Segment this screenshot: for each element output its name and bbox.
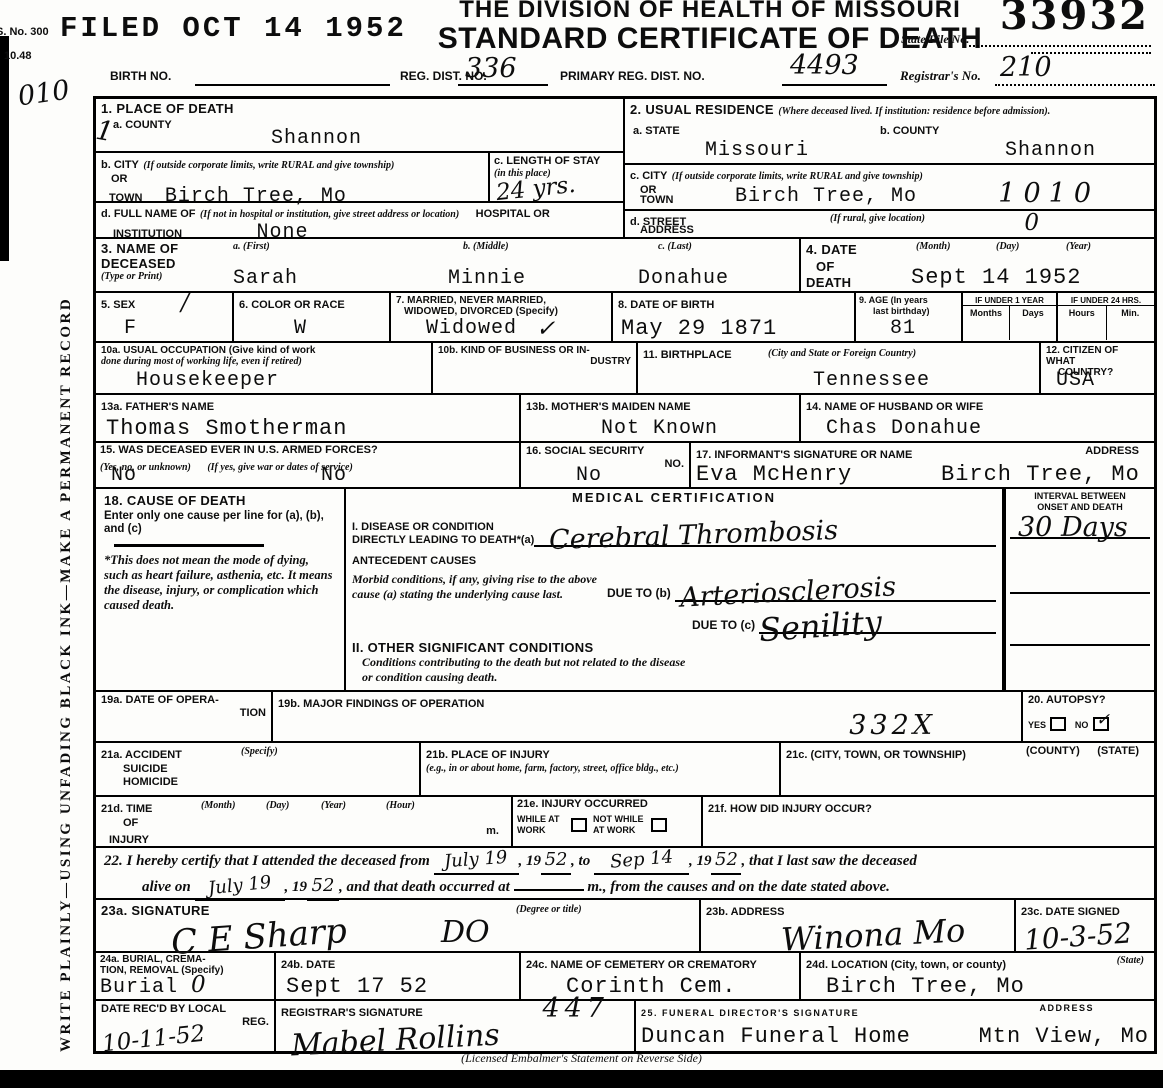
place-of-injury-label: 21b. PLACE OF INJURY (426, 749, 550, 761)
section-cause-instructions: 18. CAUSE OF DEATH Enter only one cause … (96, 489, 346, 690)
city-note: (If outside corporate limits, write RURA… (143, 160, 394, 171)
death-certificate-scan: S. No. 300 10.48 010 1 WRITE PLAINLY—USI… (0, 0, 1163, 1088)
section-physician-address: 23b. ADDRESS Winona Mo (701, 900, 1016, 951)
residence-city-note: (If outside corporate limits, write RURA… (672, 171, 923, 182)
age-label-1: 9. AGE (In years (859, 295, 958, 306)
color-race-label: 6. COLOR OR RACE (239, 299, 345, 311)
row-place-residence: 1. PLACE OF DEATH a. COUNTY Shannon b. C… (96, 99, 1154, 239)
hospital-label: d. FULL NAME OF (101, 208, 196, 220)
section-burial-date: 24b. DATE Sept 17 52 (276, 953, 521, 999)
citizenship-value: USA (1056, 370, 1095, 392)
certify-text-1: 22. I hereby certify that I attended the… (104, 853, 430, 869)
attended-to-date: Sep 14 (609, 847, 674, 871)
certify-text-4: , 19 (689, 853, 712, 869)
reg-dist-line (458, 84, 548, 86)
date-of-death-month-label: (Month) (916, 241, 950, 253)
age-days-header: Days (1009, 306, 1056, 340)
under-year-header: IF UNDER 1 YEAR (963, 293, 1056, 306)
spouse-label: 14. NAME OF HUSBAND OR WIFE (806, 401, 983, 413)
section-occupation: 10a. USUAL OCCUPATION (Give kind of work… (96, 343, 433, 393)
section-usual-residence: 2. USUAL RESIDENCE (Where deceased lived… (625, 99, 1154, 237)
while-at-work-checkbox (571, 818, 587, 832)
registrar-signature-label: REGISTRAR'S SIGNATURE (281, 1007, 423, 1019)
section-date-signed: 23c. DATE SIGNED 10-3-52 (1016, 900, 1154, 951)
instruction-divider (114, 544, 264, 547)
antecedent-note: Morbid conditions, if any, giving rise t… (352, 572, 607, 602)
form-revision: 10.48 (4, 50, 32, 63)
section-funeral-director: 25. FUNERAL DIRECTOR'S SIGNATURE ADDRESS… (636, 1001, 1154, 1051)
injury-state-label: (STATE) (1097, 745, 1139, 758)
residence-state-value: Missouri (705, 140, 809, 162)
attended-from-date: July 19 (444, 848, 509, 871)
alive-on-year: 52 (312, 875, 335, 896)
other-conditions-note: Conditions contributing to the death but… (362, 655, 692, 685)
injury-day-label: (Day) (266, 800, 289, 812)
section-ssn: 16. SOCIAL SECURITY NO. No (521, 443, 691, 487)
date-of-death-value: Sept 14 1952 (911, 267, 1081, 289)
death-time-blank (514, 889, 584, 891)
county-value: Shannon (271, 128, 362, 150)
alive-on-date: July 19 (207, 873, 272, 899)
primary-reg-value: 4493 (790, 52, 859, 79)
middle-name-value: Minnie (448, 268, 526, 290)
informant-label: 17. INFORMANT'S SIGNATURE OR NAME (696, 449, 912, 461)
row-occupation: 10a. USUAL OCCUPATION (Give kind of work… (96, 343, 1154, 395)
accident-note: (Specify) (241, 746, 278, 758)
accident-label-1: 21a. ACCIDENT (101, 749, 182, 761)
occupation-value: Housekeeper (136, 370, 279, 392)
section-armed-forces: 15. WAS DECEASED EVER IN U.S. ARMED FORC… (96, 443, 521, 487)
operation-date-label-1: 19a. DATE OF OPERA- (101, 694, 266, 707)
time-of-injury-label-3: INJURY (109, 834, 149, 846)
medical-certification-title: MEDICAL CERTIFICATION (352, 489, 996, 505)
date-of-death-year-label: (Year) (1066, 241, 1091, 253)
operation-findings-label: 19b. MAJOR FINDINGS OF OPERATION (278, 698, 484, 710)
row-injury-top: 21a. ACCIDENT (Specify) SUICIDE HOMICIDE… (96, 743, 1154, 797)
section-injury-location: 21c. (CITY, TOWN, OR TOWNSHIP) (COUNTY) … (781, 743, 1154, 795)
mother-label: 13b. MOTHER'S MAIDEN NAME (526, 401, 691, 413)
funeral-director-address-value: Mtn View, Mo (979, 1026, 1149, 1048)
row-family: 13a. FATHER'S NAME Thomas Smotherman 13b… (96, 395, 1154, 443)
date-of-death-title: 4. DATE (806, 242, 857, 257)
accident-label-3: HOMICIDE (123, 776, 414, 789)
physician-signature-handwriting: C E Sharp (170, 919, 347, 955)
scan-edge-artifact (0, 36, 9, 261)
not-while-at-work-label: NOT WHILE AT WORK (593, 814, 645, 836)
certify-text-8: , and that death occurred at (339, 879, 510, 895)
length-of-stay-label: c. LENGTH OF STAY (494, 155, 619, 168)
under-day-header: IF UNDER 24 HRS. (1058, 293, 1154, 306)
interval-blank-c (1010, 594, 1150, 646)
scan-bottom-bar (0, 1070, 1163, 1088)
marital-value: Widowed (426, 318, 517, 340)
physician-degree-handwriting: DO (441, 921, 490, 945)
section-age: 9. AGE (In years last birthday) 81 (856, 293, 963, 341)
county-label: a. COUNTY (113, 119, 618, 132)
burial-label-1: 24a. BURIAL, CREMA- (100, 954, 270, 965)
date-of-birth-label: 8. DATE OF BIRTH (618, 299, 714, 311)
spouse-value: Chas Donahue (826, 418, 982, 440)
ssn-value: No (576, 465, 602, 487)
age-label-2: last birthday) (873, 306, 958, 317)
mother-value: Not Known (601, 418, 718, 440)
street-address-note: (If rural, give location) (830, 213, 925, 225)
age-value: 81 (890, 318, 916, 340)
row-certification: 22. I hereby certify that I attended the… (96, 848, 1154, 900)
certificate-form: 1. PLACE OF DEATH a. COUNTY Shannon b. C… (93, 96, 1157, 1054)
disease-label-2: DIRECTLY LEADING TO DEATH*(a) (352, 534, 534, 547)
burial-location-value: Birch Tree, Mo (826, 976, 1025, 998)
ssn-label-2: NO. (526, 458, 684, 471)
section-spouse: 14. NAME OF HUSBAND OR WIFE Chas Donahue (801, 395, 1154, 441)
middle-name-label: b. (Middle) (463, 241, 509, 253)
section-age-under-day: IF UNDER 24 HRS. Hours Min. (1058, 293, 1154, 341)
certify-text-2: , 19 (519, 853, 542, 869)
autopsy-no-checkmark: ✓ (1096, 710, 1110, 730)
while-at-work-label: WHILE AT WORK (517, 814, 565, 836)
certify-text-5: , that I last saw the deceased (741, 853, 916, 869)
father-value: Thomas Smotherman (106, 418, 347, 440)
residence-city-label: c. CITY (630, 170, 667, 182)
burial-value: Burial (100, 977, 178, 999)
section-marital-status: 7. MARRIED, NEVER MARRIED, WIDOWED, DIVO… (391, 293, 613, 341)
cause-c-value: Senility (758, 609, 883, 645)
section-injury-occurred: 21e. INJURY OCCURRED WHILE AT WORK NOT W… (513, 797, 703, 846)
time-of-injury-label-2: OF (123, 817, 506, 830)
margin-handwriting-010: 010 (16, 77, 71, 111)
row-injury-bottom: 21d. TIME (Month) (Day) (Year) (Hour) OF… (96, 797, 1154, 848)
section-date-received: DATE REC'D BY LOCAL REG. 10-11-52 (96, 1001, 276, 1051)
funeral-director-value: Duncan Funeral Home (641, 1026, 911, 1048)
business-label-1: 10b. KIND OF BUSINESS OR IN- (438, 345, 631, 356)
cause-footnote: *This does not mean the mode of dying, s… (104, 553, 336, 613)
due-to-b-label: DUE TO (b) (607, 587, 675, 602)
section-medical-certification: MEDICAL CERTIFICATION I. DISEASE OR COND… (346, 489, 1004, 690)
last-name-value: Donahue (638, 268, 729, 290)
sex-label: 5. SEX (101, 299, 135, 311)
section-interval: INTERVAL BETWEEN ONSET AND DEATH 30 Days (1004, 489, 1154, 690)
birthplace-value: Tennessee (813, 370, 930, 392)
color-race-value: W (294, 318, 307, 340)
birthplace-label: 11. BIRTHPLACE (643, 349, 732, 361)
row-name-date: 3. NAME OF DECEASED (Type or Print) a. (… (96, 239, 1154, 293)
section-time-of-injury: 21d. TIME (Month) (Day) (Year) (Hour) OF… (96, 797, 513, 846)
marital-label-2: WIDOWED, DIVORCED (Specify) (404, 306, 606, 317)
residence-county-label: b. COUNTY (880, 125, 939, 138)
primary-reg-label: PRIMARY REG. DIST. NO. (560, 70, 705, 83)
registrar-code-handwriting: 447 (542, 995, 609, 1022)
division-title: THE DIVISION OF HEALTH OF MISSOURI (330, 0, 1090, 24)
operation-findings-handwriting: 332X (849, 712, 936, 739)
first-name-label: a. (First) (233, 241, 270, 253)
burial-date-label: 24b. DATE (281, 959, 335, 971)
section-registrar-signature: REGISTRAR'S SIGNATURE 447 Mabel Rollins (276, 1001, 636, 1051)
business-label-2: DUSTRY (438, 356, 631, 367)
last-name-label: c. (Last) (658, 241, 692, 253)
section-how-injury-occurred: 21f. HOW DID INJURY OCCUR? (703, 797, 1154, 846)
usual-residence-title: 2. USUAL RESIDENCE (630, 102, 774, 117)
section-sex: 5. SEX / F (96, 293, 234, 341)
name-title-1: 3. NAME OF (101, 241, 203, 256)
funeral-director-label: 25. FUNERAL DIRECTOR'S SIGNATURE (641, 1008, 859, 1018)
not-while-at-work-checkbox (651, 818, 667, 832)
section-mother: 13b. MOTHER'S MAIDEN NAME Not Known (521, 395, 801, 441)
section-father: 13a. FATHER'S NAME Thomas Smotherman (96, 395, 521, 441)
burial-location-state-note: (State) (1117, 955, 1144, 967)
injury-hour-label: (Hour) (386, 800, 415, 812)
autopsy-yes-label: YES (1028, 720, 1046, 730)
section-place-of-injury: 21b. PLACE OF INJURY (e.g., in or about … (421, 743, 781, 795)
burial-date-value: Sept 17 52 (286, 976, 428, 998)
reg-dist-value: 336 (465, 55, 517, 82)
residence-city-handwriting: 1010 (998, 180, 1099, 207)
state-file-label: State File No. (901, 32, 969, 47)
section-color-race: 6. COLOR OR RACE W (234, 293, 391, 341)
certify-text-6: alive on (142, 879, 191, 895)
birthplace-note: (City and State or Foreign Country) (768, 348, 916, 360)
injury-month-label: (Month) (201, 800, 235, 812)
armed-forces-label: 15. WAS DECEASED EVER IN U.S. ARMED FORC… (100, 444, 515, 457)
autopsy-label: 20. AUTOPSY? (1028, 694, 1149, 707)
state-file-blank (969, 33, 1151, 47)
section-name-of-deceased: 3. NAME OF DECEASED (Type or Print) a. (… (96, 239, 801, 291)
signature-label: 23a. SIGNATURE (101, 903, 210, 918)
injury-city-label: 21c. (CITY, TOWN, OR TOWNSHIP) (786, 749, 966, 761)
margin-instruction: WRITE PLAINLY—USING UNFADING BLACK INK—M… (58, 252, 75, 1052)
name-title-3: (Type or Print) (101, 271, 203, 283)
embalmer-footer-note: (Licensed Embalmer's Statement on Revers… (0, 1051, 1163, 1066)
attended-from-year: 52 (545, 849, 568, 870)
other-conditions-label: II. OTHER SIGNIFICANT CONDITIONS (352, 640, 996, 655)
row-operation: 19a. DATE OF OPERA- TION 19b. MAJOR FIND… (96, 692, 1154, 743)
hospital-label-2: HOSPITAL OR (476, 208, 550, 221)
attended-to-year: 52 (715, 849, 738, 870)
disease-label-1: I. DISEASE OR CONDITION (352, 521, 534, 534)
section-place-of-death: 1. PLACE OF DEATH a. COUNTY Shannon b. C… (96, 99, 625, 237)
cause-of-death-title: 18. CAUSE OF DEATH (104, 493, 336, 508)
degree-or-title-note: (Degree or title) (516, 904, 582, 916)
age-hours-header: Hours (1058, 306, 1106, 340)
cause-a-value: Cerebral Thrombosis (549, 517, 839, 554)
name-title-2: DECEASED (101, 256, 203, 271)
section-citizenship: 12. CITIZEN OF WHAT COUNTRY? USA (1041, 343, 1154, 393)
row-physician: 23a. SIGNATURE C E Sharp DO (Degree or t… (96, 900, 1154, 953)
row-burial: 24a. BURIAL, CREMA- TION, REMOVAL (Speci… (96, 953, 1154, 1001)
funeral-director-address-label: ADDRESS (1039, 1003, 1094, 1014)
date-received-label-1: DATE REC'D BY LOCAL (101, 1003, 269, 1016)
injury-meridiem-label: m. (486, 825, 499, 838)
cemetery-label: 24c. NAME OF CEMETERY OR CREMATORY (526, 959, 757, 971)
sex-pen-mark: / (181, 291, 189, 315)
injury-occurred-label: 21e. INJURY OCCURRED (517, 798, 697, 811)
section-business: 10b. KIND OF BUSINESS OR IN- DUSTRY (433, 343, 638, 393)
autopsy-yes-checkbox (1050, 717, 1066, 731)
date-of-death-day-label: (Day) (996, 241, 1019, 253)
occupation-label-1: 10a. USUAL OCCUPATION (Give kind of work (101, 345, 426, 356)
ssn-label-1: 16. SOCIAL SECURITY (526, 445, 684, 458)
certification-line-1: 22. I hereby certify that I attended the… (104, 849, 1146, 875)
interval-value: 30 Days (1018, 514, 1128, 541)
form-number: S. No. 300 (0, 26, 49, 39)
primary-reg-line (782, 84, 887, 86)
place-of-death-title: 1. PLACE OF DEATH (101, 101, 618, 116)
section-date-of-operation: 19a. DATE OF OPERA- TION (96, 692, 273, 741)
physician-address-handwriting: Winona Mo (780, 918, 965, 952)
section-date-of-death: 4. DATE (Month) (Day) (Year) OF DEATH Se… (801, 239, 1154, 291)
section-operation-findings: 19b. MAJOR FINDINGS OF OPERATION 332X (273, 692, 1023, 741)
section-date-of-birth: 8. DATE OF BIRTH May 29 1871 (613, 293, 856, 341)
row-cause-of-death: 18. CAUSE OF DEATH Enter only one cause … (96, 489, 1154, 692)
certify-text-9: m., from the causes and on the date stat… (587, 879, 890, 895)
certify-text-3: , to (571, 853, 590, 869)
residence-city-value: Birch Tree, Mo (735, 186, 917, 208)
filed-stamp: FILED OCT 14 1952 (60, 14, 407, 44)
street-address-handwriting: 0 (1024, 211, 1039, 235)
father-label: 13a. FATHER'S NAME (101, 401, 214, 413)
section-autopsy: 20. AUTOPSY? YES NO ✓ (1023, 692, 1154, 741)
burial-pen-mark: 0 (191, 973, 206, 997)
interval-label-1: INTERVAL BETWEEN (1010, 491, 1150, 502)
section-burial-type: 24a. BURIAL, CREMA- TION, REMOVAL (Speci… (96, 953, 276, 999)
section-accident-suicide: 21a. ACCIDENT (Specify) SUICIDE HOMICIDE (96, 743, 421, 795)
street-address-label-2: ADDRESS (640, 224, 694, 237)
registrar-no-label: Registrar's No. (900, 68, 981, 83)
date-of-birth-value: May 29 1871 (621, 318, 777, 340)
residence-county-value: Shannon (1005, 140, 1096, 162)
armed-forces-value-b: No (321, 465, 347, 487)
age-months-header: Months (963, 306, 1009, 340)
interval-blank-b (1010, 539, 1150, 594)
time-of-injury-label-1: 21d. TIME (101, 803, 152, 815)
autopsy-no-label: NO (1075, 720, 1089, 730)
certification-line-2: alive on July 19, 1952, and that death o… (142, 875, 1146, 901)
armed-forces-value-a: No (111, 465, 137, 487)
autopsy-no-checkbox: ✓ (1093, 717, 1109, 731)
city-label: b. CITY (101, 159, 139, 171)
burial-label-2: TION, REMOVAL (Specify) (100, 965, 270, 976)
date-signed-label: 23c. DATE SIGNED (1021, 906, 1120, 918)
section-birthplace: 11. BIRTHPLACE (City and State or Foreig… (638, 343, 1041, 393)
informant-address-value: Birch Tree, Mo (941, 464, 1140, 486)
due-to-c-label: DUE TO (c) (692, 619, 759, 634)
first-name-value: Sarah (233, 268, 298, 290)
marital-label-1: 7. MARRIED, NEVER MARRIED, (396, 295, 606, 306)
citizenship-label-1: 12. CITIZEN OF WHAT (1046, 345, 1149, 367)
birth-no-label: BIRTH NO. (110, 70, 171, 83)
operation-date-label-2: TION (101, 707, 266, 720)
birth-no-blank (195, 84, 390, 86)
informant-name-value: Eva McHenry (696, 464, 852, 486)
place-of-injury-note: (e.g., in or about home, farm, factory, … (426, 763, 774, 775)
accident-label-2: SUICIDE (123, 763, 414, 776)
certify-text-7: , 19 (285, 879, 308, 895)
section-burial-location: 24d. LOCATION (City, town, or county) (S… (801, 953, 1154, 999)
injury-county-label: (COUNTY) (1026, 745, 1080, 758)
section-informant: 17. INFORMANT'S SIGNATURE OR NAME ADDRES… (691, 443, 1154, 487)
how-injury-occurred-label: 21f. HOW DID INJURY OCCUR? (708, 803, 872, 815)
row-demographics: 5. SEX / F 6. COLOR OR RACE W 7. MARRIED… (96, 293, 1154, 343)
row-informant: 15. WAS DECEASED EVER IN U.S. ARMED FORC… (96, 443, 1154, 489)
hospital-note: (If not in hospital or institution, give… (200, 209, 459, 220)
residence-city-town: TOWN (640, 194, 673, 207)
injury-year-label: (Year) (321, 800, 346, 812)
informant-address-label: ADDRESS (1085, 445, 1139, 458)
date-signed-handwriting: 10-3-52 (1023, 921, 1132, 952)
age-min-header: Min. (1106, 306, 1155, 340)
registrar-no-value: 210 (1000, 54, 1052, 81)
section-physician-signature: 23a. SIGNATURE C E Sharp DO (Degree or t… (96, 900, 701, 951)
marital-pen-mark: ✓ (536, 317, 555, 341)
cause-instruction: Enter only one cause per line for (a), (… (104, 510, 336, 536)
row-registrar: DATE REC'D BY LOCAL REG. 10-11-52 REGIST… (96, 1001, 1154, 1051)
registrar-no-line (995, 84, 1155, 86)
usual-residence-note: (Where deceased lived. If institution: r… (778, 106, 1050, 117)
burial-location-label: 24d. LOCATION (City, town, or county) (806, 959, 1006, 971)
residence-state-label: a. STATE (633, 125, 680, 138)
section-age-under-year: IF UNDER 1 YEAR Months Days (963, 293, 1058, 341)
occupation-label-2: done during most of working life, even i… (101, 356, 426, 368)
date-of-death-title-3: DEATH (806, 275, 851, 290)
physician-address-label: 23b. ADDRESS (706, 906, 784, 918)
sex-value: F (124, 318, 137, 340)
